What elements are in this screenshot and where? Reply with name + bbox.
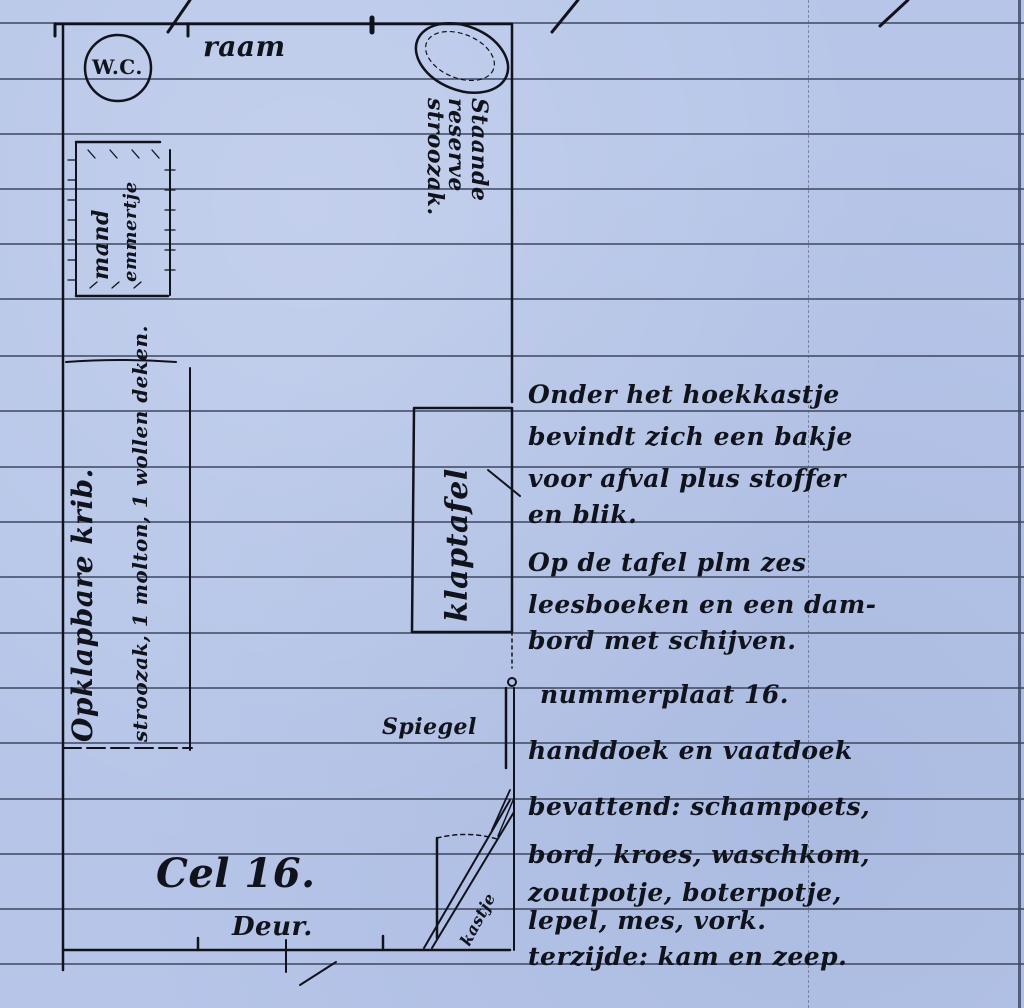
table-label: klaptafel	[440, 468, 475, 622]
note-cabinet-4: bord, kroes, waschkom,	[528, 840, 870, 869]
basket-label: mand	[88, 209, 114, 280]
stove-note-line-1: Staande	[466, 98, 492, 201]
note-cabinet-6: lepel, mes, vork.	[528, 906, 766, 935]
note-under-cabinet-2: bevindt zich een bakje	[528, 422, 853, 451]
mirror-label: Spiegel	[382, 714, 477, 740]
cell-floor-plan	[0, 0, 1024, 1008]
note-under-cabinet-3: voor afval plus stoffer	[528, 464, 846, 493]
bucket-label: emmertje	[120, 181, 141, 282]
note-cabinet-2: handdoek en vaatdoek	[528, 736, 853, 765]
note-cabinet-5: zoutpotje, boterpotje,	[528, 878, 842, 907]
note-on-table-2: leesboeken en een dam-	[528, 590, 877, 619]
bed-label: Opklapbare krib.	[66, 468, 99, 742]
stove-note-line-3: stroozak.	[422, 98, 448, 216]
cell-title: Cel 16.	[156, 850, 316, 897]
wc-label: W.C.	[92, 55, 143, 79]
note-cabinet-7: terzijde: kam en zeep.	[528, 942, 847, 971]
note-cabinet-3: bevattend: schampoets,	[528, 792, 870, 821]
window-label: raam	[203, 30, 286, 63]
note-on-table-3: bord met schijven.	[528, 626, 796, 655]
note-under-cabinet-4: en blik.	[528, 500, 637, 529]
bed-contents: stroozak, 1 molton, 1 wollen deken.	[128, 325, 152, 742]
note-on-table-1: Op de tafel plm zes	[528, 548, 806, 577]
door-label: Deur.	[232, 912, 313, 942]
note-cabinet-1: nummerplaat 16.	[540, 680, 789, 709]
note-under-cabinet-1: Onder het hoekkastje	[528, 380, 840, 409]
